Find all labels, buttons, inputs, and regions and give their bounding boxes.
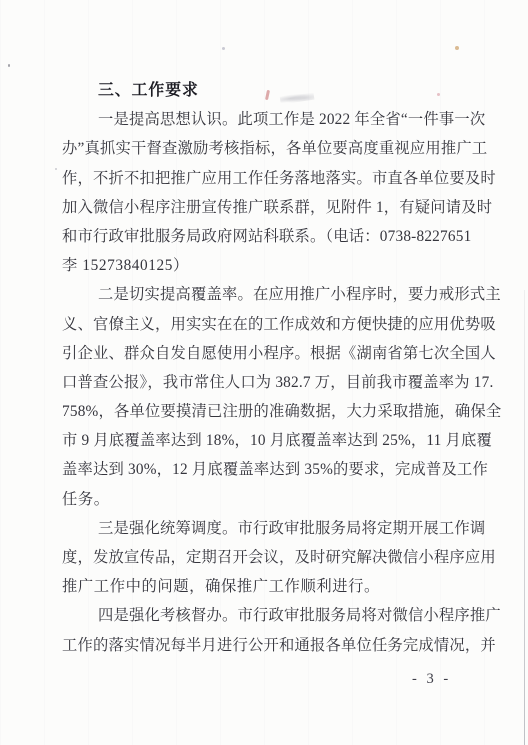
scan-speck xyxy=(8,64,10,67)
text-line: 口普查公报》，我市常住人口为 382.7 万，目前我市覆盖率为 17. xyxy=(62,368,463,397)
text-line: 加入微信小程序注册宣传推广联系群，见附件 1，有疑问请及时 xyxy=(62,193,463,222)
paragraph-1: 一是提高思想认识。此项工作是 2022 年全省“一件事一次 办”真抓实干督查激励… xyxy=(62,105,463,280)
scan-edge-line xyxy=(524,290,525,745)
text-line: 四是强化考核督办。市行政审批服务局将对微信小程序推广 xyxy=(62,601,463,630)
paragraph-3: 三是强化统筹调度。市行政审批服务局将定期开展工作调 度，发放宣传品，定期召开会议… xyxy=(62,514,463,602)
text-line: 二是切实提高覆盖率。在应用推广小程序时，要力戒形式主 xyxy=(62,280,463,309)
text-line: 作，不折不扣把推广应用工作任务落地落实。市直各单位要及时 xyxy=(62,164,463,193)
scan-speck xyxy=(455,46,459,50)
scan-speck xyxy=(55,168,57,170)
text-line: 三是强化统筹调度。市行政审批服务局将定期开展工作调 xyxy=(62,514,463,543)
text-line: 办”真抓实干督查激励考核指标，各单位要高度重视应用推广工 xyxy=(62,134,463,163)
text-line: 758%，各单位要摸清已注册的准确数据，大力采取措施，确保全 xyxy=(62,397,463,426)
scan-speck xyxy=(222,47,225,50)
document-page: 三、工作要求 一是提高思想认识。此项工作是 2022 年全省“一件事一次 办”真… xyxy=(0,0,528,745)
text-line: 盖率达到 30%，12 月底覆盖率达到 35%的要求，完成普及工作 xyxy=(62,455,463,484)
document-body: 三、工作要求 一是提高思想认识。此项工作是 2022 年全省“一件事一次 办”真… xyxy=(62,76,463,660)
section-heading: 三、工作要求 xyxy=(62,76,463,105)
text-line: 和市行政审批服务局政府网站科联系。（电话：0738-8227651 xyxy=(62,222,463,251)
text-line: 度，发放宣传品，定期召开会议，及时研究解决微信小程序应用 xyxy=(62,543,463,572)
paragraph-4: 四是强化考核督办。市行政审批服务局将对微信小程序推广 工作的落实情况每半月进行公… xyxy=(62,601,463,659)
text-line: 市 9 月底覆盖率达到 18%，10 月底覆盖率达到 25%，11 月底覆 xyxy=(62,426,463,455)
text-line: 李 15273840125） xyxy=(62,251,463,280)
page-number: - 3 - xyxy=(412,671,451,688)
text-line: 一是提高思想认识。此项工作是 2022 年全省“一件事一次 xyxy=(62,105,463,134)
text-line: 任务。 xyxy=(62,485,463,514)
text-line: 义、官僚主义，用实实在在的工作成效和方便快捷的应用优势吸 xyxy=(62,310,463,339)
text-line: 工作的落实情况每半月进行公开和通报各单位任务完成情况，并 xyxy=(62,631,463,660)
paragraph-2: 二是切实提高覆盖率。在应用推广小程序时，要力戒形式主 义、官僚主义，用实实在在的… xyxy=(62,280,463,514)
text-line: 引企业、群众自发自愿使用小程序。根据《湖南省第七次全国人 xyxy=(62,339,463,368)
text-line: 推广工作中的问题，确保推广工作顺利进行。 xyxy=(62,572,463,601)
